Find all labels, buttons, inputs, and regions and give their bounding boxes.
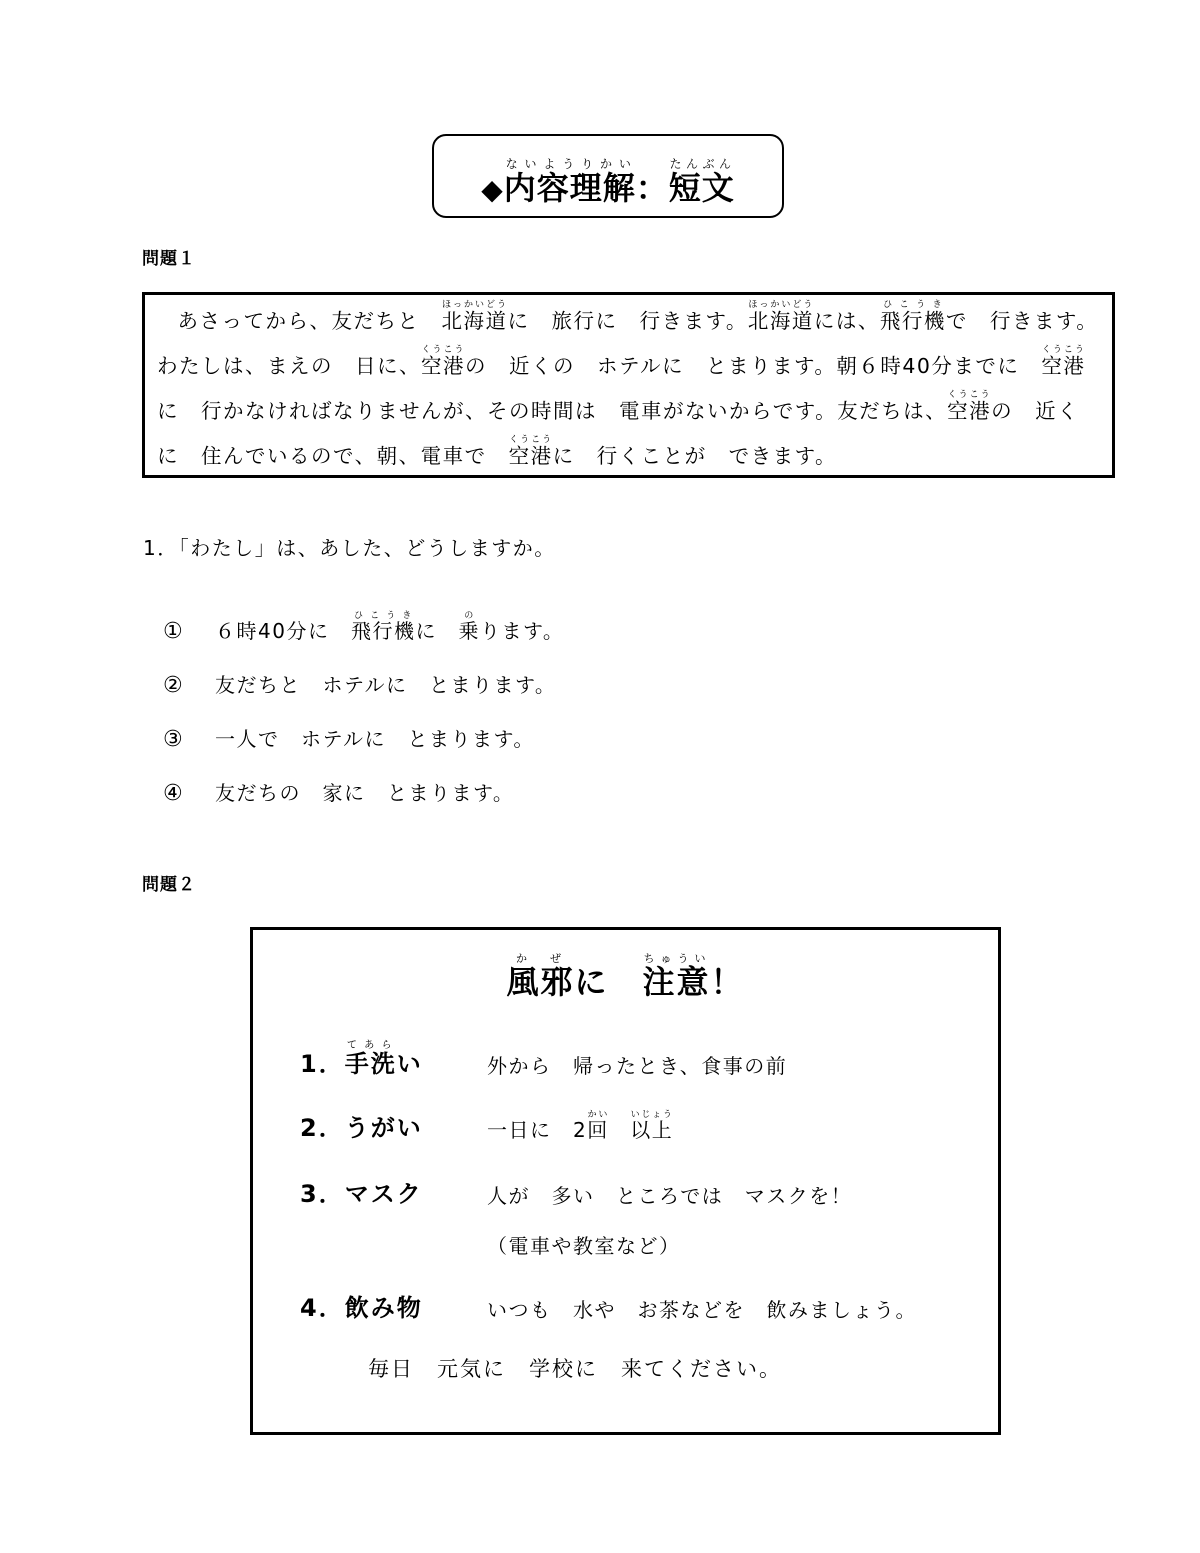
page-title-text: 内容理解ないようりかい：短文たんぶん (504, 169, 735, 207)
problem-1-label: 問題１ (142, 244, 196, 269)
notice-row-mask-note: （電車や教室など） (300, 1230, 681, 1259)
notice-row-gargle: 2．うがい 一日に 2回かい 以上いじょう (300, 1108, 673, 1143)
option-number: ④ (163, 781, 215, 806)
answer-options: ① ６時40分に 飛行機ひこうきに 乗のります。 ② 友だちと ホテルに とまり… (163, 590, 564, 806)
answer-option-4[interactable]: ④ 友だちの 家に とまります。 (163, 752, 564, 806)
option-text: ６時40分に 飛行機ひこうきに 乗のります。 (215, 611, 564, 644)
notice-footer: 毎日 元気に 学校に 来てください。 (368, 1353, 782, 1383)
question-1: 1．「わたし」は、あした、どうしますか。 (143, 532, 556, 561)
answer-option-3[interactable]: ③ 一人で ホテルに とまります。 (163, 698, 564, 752)
answer-option-1[interactable]: ① ６時40分に 飛行機ひこうきに 乗のります。 (163, 590, 564, 644)
notice-row-description: 人が 多い ところでは マスクを！ (487, 1180, 852, 1209)
option-text: 友だちの 家に とまります。 (215, 777, 514, 806)
notice-row-heading: 2．うがい (300, 1108, 487, 1143)
option-number: ① (163, 619, 215, 644)
title-box: ◆内容理解ないようりかい：短文たんぶん (432, 134, 784, 218)
notice-row-drinks: 4．飲み物 いつも 水や お茶などを 飲みましょう。 (300, 1288, 917, 1323)
notice-row-description: （電車や教室など） (487, 1230, 681, 1259)
answer-option-2[interactable]: ② 友だちと ホテルに とまります。 (163, 644, 564, 698)
option-text: 友だちと ホテルに とまります。 (215, 669, 556, 698)
notice-row-handwashing: 1．手洗てあらい 外から 帰ったとき、食事の前 (300, 1040, 787, 1079)
problem-2-label: 問題２ (142, 870, 196, 895)
diamond-icon: ◆ (481, 173, 504, 206)
notice-row-heading: 1．手洗てあらい (300, 1040, 487, 1079)
notice-row-description: 一日に 2回かい 以上いじょう (487, 1110, 673, 1143)
notice-row-description: いつも 水や お茶などを 飲みましょう。 (487, 1294, 917, 1323)
notice-row-mask: 3．マスク 人が 多い ところでは マスクを！ (300, 1174, 852, 1209)
option-number: ③ (163, 727, 215, 752)
notice-row-heading: 4．飲み物 (300, 1288, 487, 1323)
notice-row-description: 外から 帰ったとき、食事の前 (487, 1050, 787, 1079)
reading-passage-box: あさってから、友だちと 北海道ほっかいどうに 旅行に 行きます。北海道ほっかいど… (142, 292, 1115, 478)
option-text: 一人で ホテルに とまります。 (215, 723, 535, 752)
reading-passage: あさってから、友だちと 北海道ほっかいどうに 旅行に 行きます。北海道ほっかいど… (157, 299, 1100, 479)
option-number: ② (163, 673, 215, 698)
notice-row-heading: 3．マスク (300, 1174, 487, 1209)
notice-title: 風邪かぜに 注意ちゅうい！ (253, 952, 998, 1003)
page-title: ◆内容理解ないようりかい：短文たんぶん (481, 157, 735, 204)
